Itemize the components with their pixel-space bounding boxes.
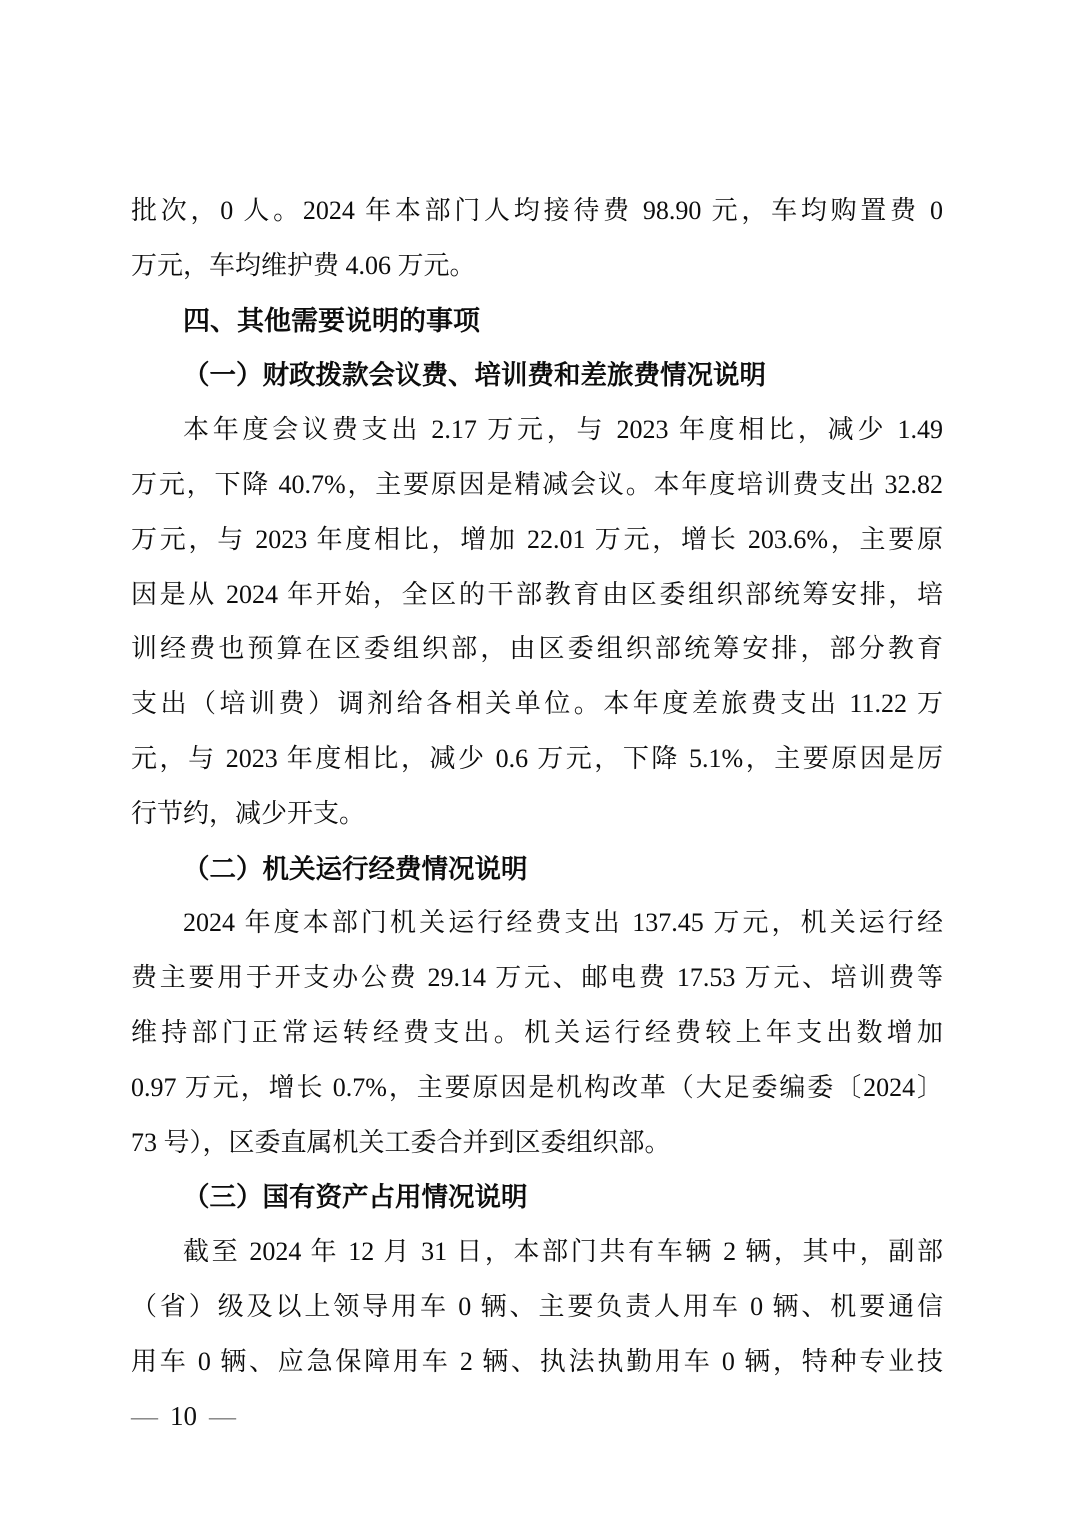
section-heading: （三）国有资产占用情况说明 <box>131 1170 943 1225</box>
text-line: 73 号），区委直属机关工委合并到区委组织部。 <box>131 1116 943 1171</box>
section-heading: （一）财政拨款会议费、培训费和差旅费情况说明 <box>131 348 943 403</box>
text-line: 截至 2024 年 12 月 31 日，本部门共有车辆 2 辆，其中，副部 <box>131 1225 943 1280</box>
text-line: 训经费也预算在区委组织部，由区委组织部统筹安排，部分教育 <box>131 622 943 677</box>
text-line: 0.97 万元，增长 0.7%，主要原因是机构改革（大足委编委〔2024〕 <box>131 1061 943 1116</box>
footer-dash-right: — <box>209 1401 236 1431</box>
text-line: 批次，0 人。2024 年本部门人均接待费 98.90 元，车均购置费 0 <box>131 184 943 239</box>
text-line: 费主要用于开支办公费 29.14 万元、邮电费 17.53 万元、培训费等 <box>131 951 943 1006</box>
text-line: 因是从 2024 年开始，全区的干部教育由区委组织部统筹安排，培 <box>131 568 943 623</box>
text-line: 万元，下降 40.7%，主要原因是精减会议。本年度培训费支出 32.82 <box>131 458 943 513</box>
text-line: 支出（培训费）调剂给各相关单位。本年度差旅费支出 11.22 万 <box>131 677 943 732</box>
section-heading: 四、其他需要说明的事项 <box>131 294 943 349</box>
document-page: 批次，0 人。2024 年本部门人均接待费 98.90 元，车均购置费 0万元，… <box>0 0 1074 1520</box>
text-line: 维持部门正常运转经费支出。机关运行经费较上年支出数增加 <box>131 1006 943 1061</box>
text-line: 2024 年度本部门机关运行经费支出 137.45 万元，机关运行经 <box>131 896 943 951</box>
document-body: 批次，0 人。2024 年本部门人均接待费 98.90 元，车均购置费 0万元，… <box>131 184 943 1390</box>
text-line: 元，与 2023 年度相比，减少 0.6 万元，下降 5.1%，主要原因是厉 <box>131 732 943 787</box>
page-number: 10 <box>170 1401 197 1431</box>
text-line: 行节约，减少开支。 <box>131 787 943 842</box>
text-line: 万元，与 2023 年度相比，增加 22.01 万元，增长 203.6%，主要原 <box>131 513 943 568</box>
text-line: 用车 0 辆、应急保障用车 2 辆、执法执勤用车 0 辆，特种专业技 <box>131 1335 943 1390</box>
footer-dash-left: — <box>131 1401 158 1431</box>
page-footer: —10— <box>131 1399 236 1433</box>
text-line: 本年度会议费支出 2.17 万元，与 2023 年度相比，减少 1.49 <box>131 403 943 458</box>
text-line: （省）级及以上领导用车 0 辆、主要负责人用车 0 辆、机要通信 <box>131 1280 943 1335</box>
text-line: 万元，车均维护费 4.06 万元。 <box>131 239 943 294</box>
section-heading: （二）机关运行经费情况说明 <box>131 842 943 897</box>
